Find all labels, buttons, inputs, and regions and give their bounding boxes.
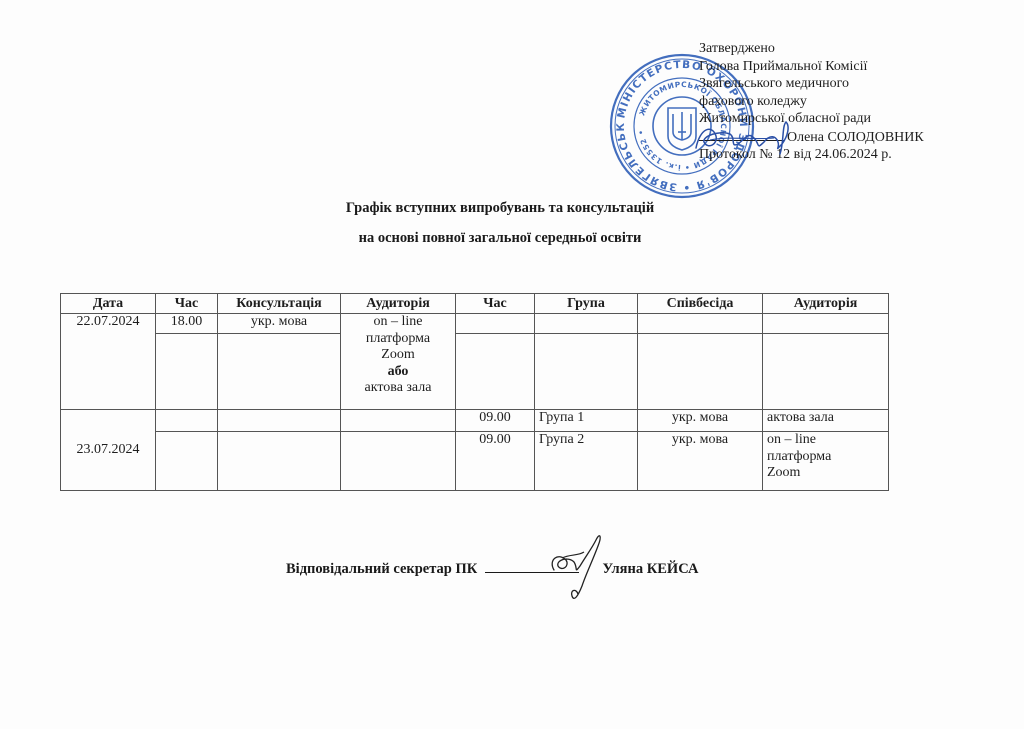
header-auditorium-2: Аудиторія	[763, 294, 889, 314]
cell-empty	[638, 334, 763, 410]
document-subtitle: на основі повної загальної середньої осв…	[0, 230, 1012, 247]
cell-empty	[456, 334, 535, 410]
cell-interview: укр. мова	[638, 432, 763, 491]
table-row	[61, 334, 889, 410]
auditorium-line: платформа	[767, 449, 884, 466]
table-row: 22.07.2024 18.00 укр. мова on – line пла…	[61, 314, 889, 334]
auditorium-line: Zoom	[767, 465, 884, 482]
header-group: Група	[535, 294, 638, 314]
cell-empty	[535, 334, 638, 410]
auditorium-line: Zoom	[345, 347, 451, 364]
cell-interview: укр. мова	[638, 410, 763, 432]
auditorium-line: актова зала	[345, 380, 451, 397]
auditorium-line: on – line	[767, 432, 884, 449]
cell-empty	[763, 334, 889, 410]
header-time-2: Час	[456, 294, 535, 314]
secretary-signature-icon	[540, 530, 610, 605]
cell-date: 23.07.2024	[61, 410, 156, 491]
header-auditorium: Аудиторія	[341, 294, 456, 314]
cell-time: 09.00	[456, 432, 535, 491]
table-row: 09.00 Група 2 укр. мова on – line платфо…	[61, 432, 889, 491]
document-page: МІНІСТЕРСТВО ОХОРОНИ ЗДОРОВ'Я • ЗВЯГЕЛЬС…	[0, 0, 1024, 729]
approval-line: фахового коледжу	[699, 93, 924, 111]
cell-date: 22.07.2024	[61, 314, 156, 410]
cell-time: 18.00	[156, 314, 218, 334]
header-time: Час	[156, 294, 218, 314]
header-interview: Співбесіда	[638, 294, 763, 314]
cell-empty	[341, 410, 456, 432]
responsible-secretary-line: Відповідальний секретар ПК Уляна КЕЙСА	[286, 560, 698, 578]
cell-auditorium: on – line платформа Zoom або актова зала	[341, 314, 456, 410]
document-title: Графік вступних випробувань та консульта…	[0, 200, 1012, 217]
cell-empty	[763, 314, 889, 334]
auditorium-line: платформа	[345, 331, 451, 348]
approval-signatory-name: Олена СОЛОДОВНИК	[787, 130, 924, 145]
cell-empty	[218, 334, 341, 410]
table-row: 23.07.2024 09.00 Група 1 укр. мова актов…	[61, 410, 889, 432]
auditorium-line-or: або	[345, 364, 451, 381]
cell-group: Група 2	[535, 432, 638, 491]
cell-auditorium: актова зала	[763, 410, 889, 432]
header-consultation: Консультація	[218, 294, 341, 314]
cell-empty	[341, 432, 456, 491]
approval-line: Голова Приймальної Комісії	[699, 58, 924, 76]
cell-empty	[638, 314, 763, 334]
cell-empty	[456, 314, 535, 334]
schedule-table: Дата Час Консультація Аудиторія Час Груп…	[60, 293, 889, 491]
approval-line: Звягельського медичного	[699, 75, 924, 93]
cell-empty	[156, 410, 218, 432]
secretary-name: Уляна КЕЙСА	[603, 561, 699, 577]
secretary-role: Відповідальний секретар ПК	[286, 561, 477, 577]
table-header-row: Дата Час Консультація Аудиторія Час Груп…	[61, 294, 889, 314]
cell-group: Група 1	[535, 410, 638, 432]
auditorium-line: on – line	[345, 314, 451, 331]
cell-empty	[156, 432, 218, 491]
cell-empty	[156, 334, 218, 410]
cell-auditorium: on – line платформа Zoom	[763, 432, 889, 491]
header-date: Дата	[61, 294, 156, 314]
cell-empty	[535, 314, 638, 334]
cell-time: 09.00	[456, 410, 535, 432]
handwritten-signature-icon	[690, 118, 800, 158]
approval-line: Затверджено	[699, 40, 924, 58]
cell-consultation: укр. мова	[218, 314, 341, 334]
cell-empty	[218, 410, 341, 432]
cell-empty	[218, 432, 341, 491]
